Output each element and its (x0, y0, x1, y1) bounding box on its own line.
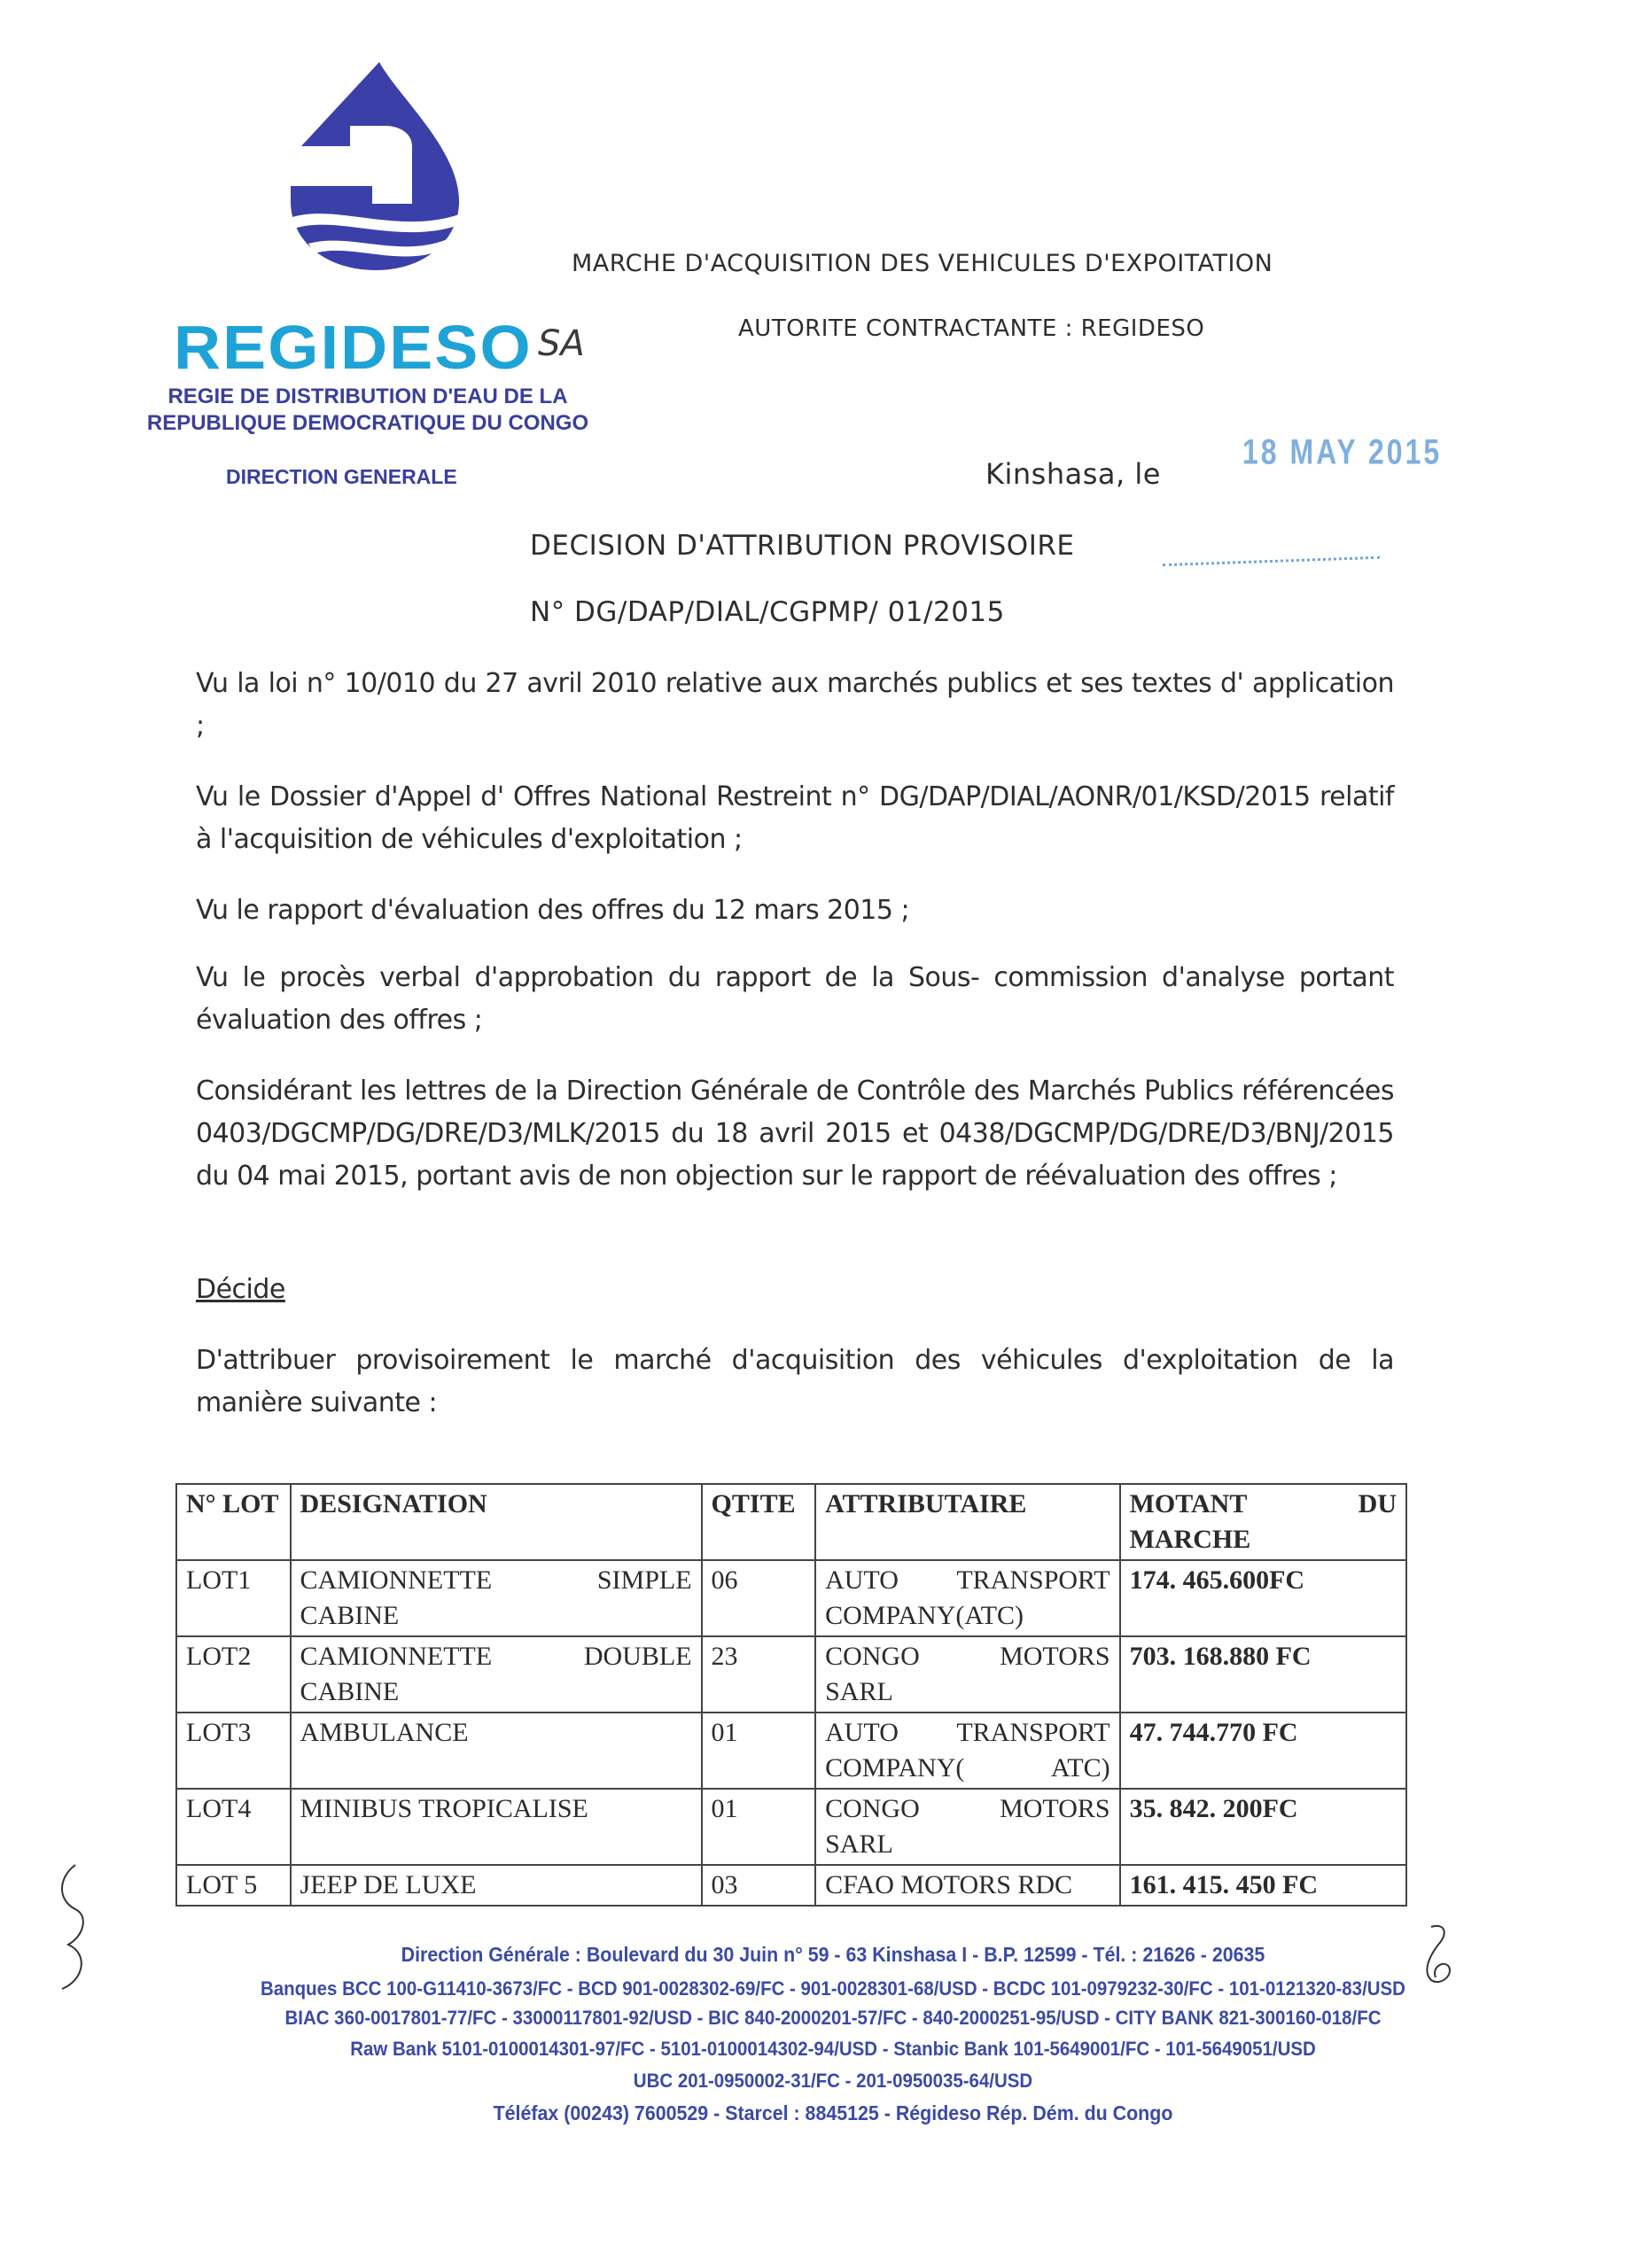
table-row: LOT3 AMBULANCE 01 AUTO TRANSPORT COMPANY… (176, 1713, 1406, 1789)
header-amount: MOTANT DU MARCHE (1120, 1484, 1406, 1560)
decision-number: N° DG/DAP/DIAL/CGPMP/ 01/2015 (530, 596, 1005, 628)
footer-bank-line: Banques BCC 100-G11410-3673/FC - BCD 901… (191, 1977, 1476, 2000)
table-row: LOT4 MINIBUS TROPICALISE 01 CONGO MOTORS… (176, 1789, 1406, 1865)
recital-paragraph: Vu le procès verbal d'approbation du rap… (196, 957, 1394, 1042)
water-drop-tap-icon (266, 62, 461, 270)
amount-cell: 174. 465.600FC (1120, 1560, 1406, 1636)
signature-line (1163, 556, 1380, 567)
contracting-authority: AUTORITE CONTRACTANTE : REGIDESO (738, 315, 1204, 342)
brand-name: REGIDESO (174, 312, 533, 383)
awardee-cell: AUTO TRANSPORT COMPANY( ATC) (815, 1713, 1119, 1789)
designation-cell: CAMIONNETTE DOUBLE CABINE (291, 1636, 702, 1713)
org-name-line2: REPUBLIQUE DEMOCRATIQUE DU CONGO (113, 411, 622, 436)
quantity-cell: 03 (702, 1865, 816, 1906)
designation-cell: AMBULANCE (291, 1713, 702, 1789)
date-stamp: 18 MAY 2015 (1242, 431, 1442, 472)
footer-bank-line: Raw Bank 5101-0100014301-97/FC - 5101-01… (206, 2038, 1460, 2061)
lot-cell: LOT4 (176, 1789, 291, 1865)
award-table: N° LOT DESIGNATION QTITE ATTRIBUTAIRE MO… (175, 1483, 1407, 1907)
lot-cell: LOT2 (176, 1636, 291, 1713)
quantity-cell: 23 (702, 1636, 816, 1713)
recital-paragraph: Vu le Dossier d'Appel d' Offres National… (196, 776, 1394, 861)
department-name: DIRECTION GENERALE (226, 465, 457, 489)
table-row: LOT2 CAMIONNETTE DOUBLE CABINE 23 CONGO … (176, 1636, 1406, 1713)
decision-title: DECISION D'ATTRIBUTION PROVISOIRE (530, 530, 1074, 562)
header-quantity: QTITE (702, 1484, 816, 1560)
lot-cell: LOT1 (176, 1560, 291, 1636)
designation-cell: JEEP DE LUXE (291, 1865, 702, 1906)
recital-paragraph: Vu la loi n° 10/010 du 27 avril 2010 rel… (196, 663, 1394, 748)
designation-cell: CAMIONNETTE SIMPLE CABINE (291, 1560, 702, 1636)
quantity-cell: 01 (702, 1789, 816, 1865)
brand-suffix: SA (538, 323, 585, 364)
designation-cell: MINIBUS TROPICALISE (291, 1789, 702, 1865)
recital-paragraph: Considérant les lettres de la Direction … (196, 1070, 1394, 1198)
decision-text: D'attribuer provisoirement le marché d'a… (196, 1340, 1394, 1425)
table-row: LOT1 CAMIONNETTE SIMPLE CABINE 06 AUTO T… (176, 1560, 1406, 1636)
amount-cell: 47. 744.770 FC (1120, 1713, 1406, 1789)
footer-bank-line: BIAC 360-0017801-77/FC - 33000117801-92/… (206, 2007, 1460, 2030)
quantity-cell: 01 (702, 1713, 816, 1789)
org-name-line1: REGIE DE DISTRIBUTION D'EAU DE LA (115, 384, 620, 409)
header-lot: N° LOT (176, 1484, 291, 1560)
amount-cell: 703. 168.880 FC (1120, 1636, 1406, 1713)
handwritten-mark-icon (49, 1860, 102, 1993)
footer-bank-line: UBC 201-0950002-31/FC - 201-0950035-64/U… (206, 2070, 1460, 2093)
amount-cell: 161. 415. 450 FC (1120, 1865, 1406, 1906)
header-designation: DESIGNATION (291, 1484, 702, 1560)
decide-heading: Décide (196, 1269, 1394, 1311)
awardee-cell: AUTO TRANSPORT COMPANY(ATC) (815, 1560, 1119, 1636)
awardee-cell: CONGO MOTORS SARL (815, 1636, 1119, 1713)
awardee-cell: CFAO MOTORS RDC (815, 1865, 1119, 1906)
lot-cell: LOT 5 (176, 1865, 291, 1906)
market-title: MARCHE D'ACQUISITION DES VEHICULES D'EXP… (572, 250, 1273, 277)
table-header-row: N° LOT DESIGNATION QTITE ATTRIBUTAIRE MO… (176, 1484, 1406, 1560)
table-row: LOT 5 JEEP DE LUXE 03 CFAO MOTORS RDC 16… (176, 1865, 1406, 1906)
amount-cell: 35. 842. 200FC (1120, 1789, 1406, 1865)
footer-address: Direction Générale : Boulevard du 30 Jui… (206, 1943, 1460, 1967)
recital-paragraph: Vu le rapport d'évaluation des offres du… (196, 889, 1394, 932)
place-date-label: Kinshasa, le (985, 457, 1161, 491)
quantity-cell: 06 (702, 1560, 816, 1636)
footer-contact: Téléfax (00243) 7600529 - Starcel : 8845… (206, 2101, 1460, 2125)
header-awardee: ATTRIBUTAIRE (815, 1484, 1119, 1560)
awardee-cell: CONGO MOTORS SARL (815, 1789, 1119, 1865)
lot-cell: LOT3 (176, 1713, 291, 1789)
